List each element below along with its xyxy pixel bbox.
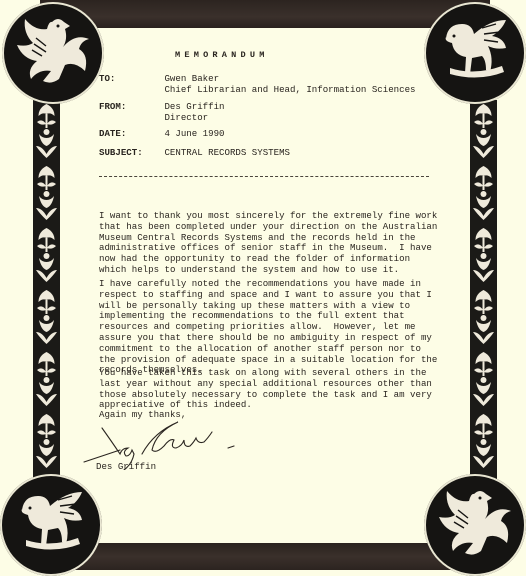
body-paragraph-3: You have taken this task on along with s…: [99, 368, 439, 411]
memo-from-row: FROM: Des Griffin Director: [99, 102, 225, 124]
to-label: TO:: [99, 74, 159, 85]
body-paragraph-2: I have carefully noted the recommendatio…: [99, 279, 439, 376]
memo-date-row: DATE: 4 June 1990: [99, 129, 225, 140]
body-paragraph-1: I want to thank you most sincerely for t…: [99, 211, 439, 276]
frame-bottom-band: [60, 543, 470, 570]
subject-value: CENTRAL RECORDS SYSTEMS: [164, 148, 290, 159]
winged-lion-icon: [424, 2, 526, 104]
winged-lion-icon: [0, 474, 102, 576]
griffin-icon: [424, 474, 526, 576]
signature-name: Des Griffin: [96, 461, 156, 472]
griffin-icon: [2, 2, 104, 104]
date-label: DATE:: [99, 129, 159, 140]
memo-to-row: TO: Gwen Baker Chief Librarian and Head,…: [99, 74, 416, 96]
closing-line: Again my thanks,: [99, 409, 186, 420]
date-value: 4 June 1990: [164, 129, 224, 140]
memo-page: MEMORANDUM TO: Gwen Baker Chief Libraria…: [0, 0, 526, 576]
sender-title: Director: [164, 113, 224, 124]
memo-title: MEMORANDUM: [175, 50, 375, 60]
recipient-title: Chief Librarian and Head, Information Sc…: [164, 85, 415, 96]
floral-ornament-icon: [33, 100, 60, 480]
frame-top-band: [40, 0, 490, 28]
from-value: Des Griffin Director: [164, 102, 224, 124]
header-divider: [99, 176, 429, 177]
memo-subject-row: SUBJECT: CENTRAL RECORDS SYSTEMS: [99, 148, 290, 159]
floral-ornament-icon: [470, 100, 497, 480]
from-label: FROM:: [99, 102, 159, 113]
to-value: Gwen Baker Chief Librarian and Head, Inf…: [164, 74, 415, 96]
subject-label: SUBJECT:: [99, 148, 159, 159]
